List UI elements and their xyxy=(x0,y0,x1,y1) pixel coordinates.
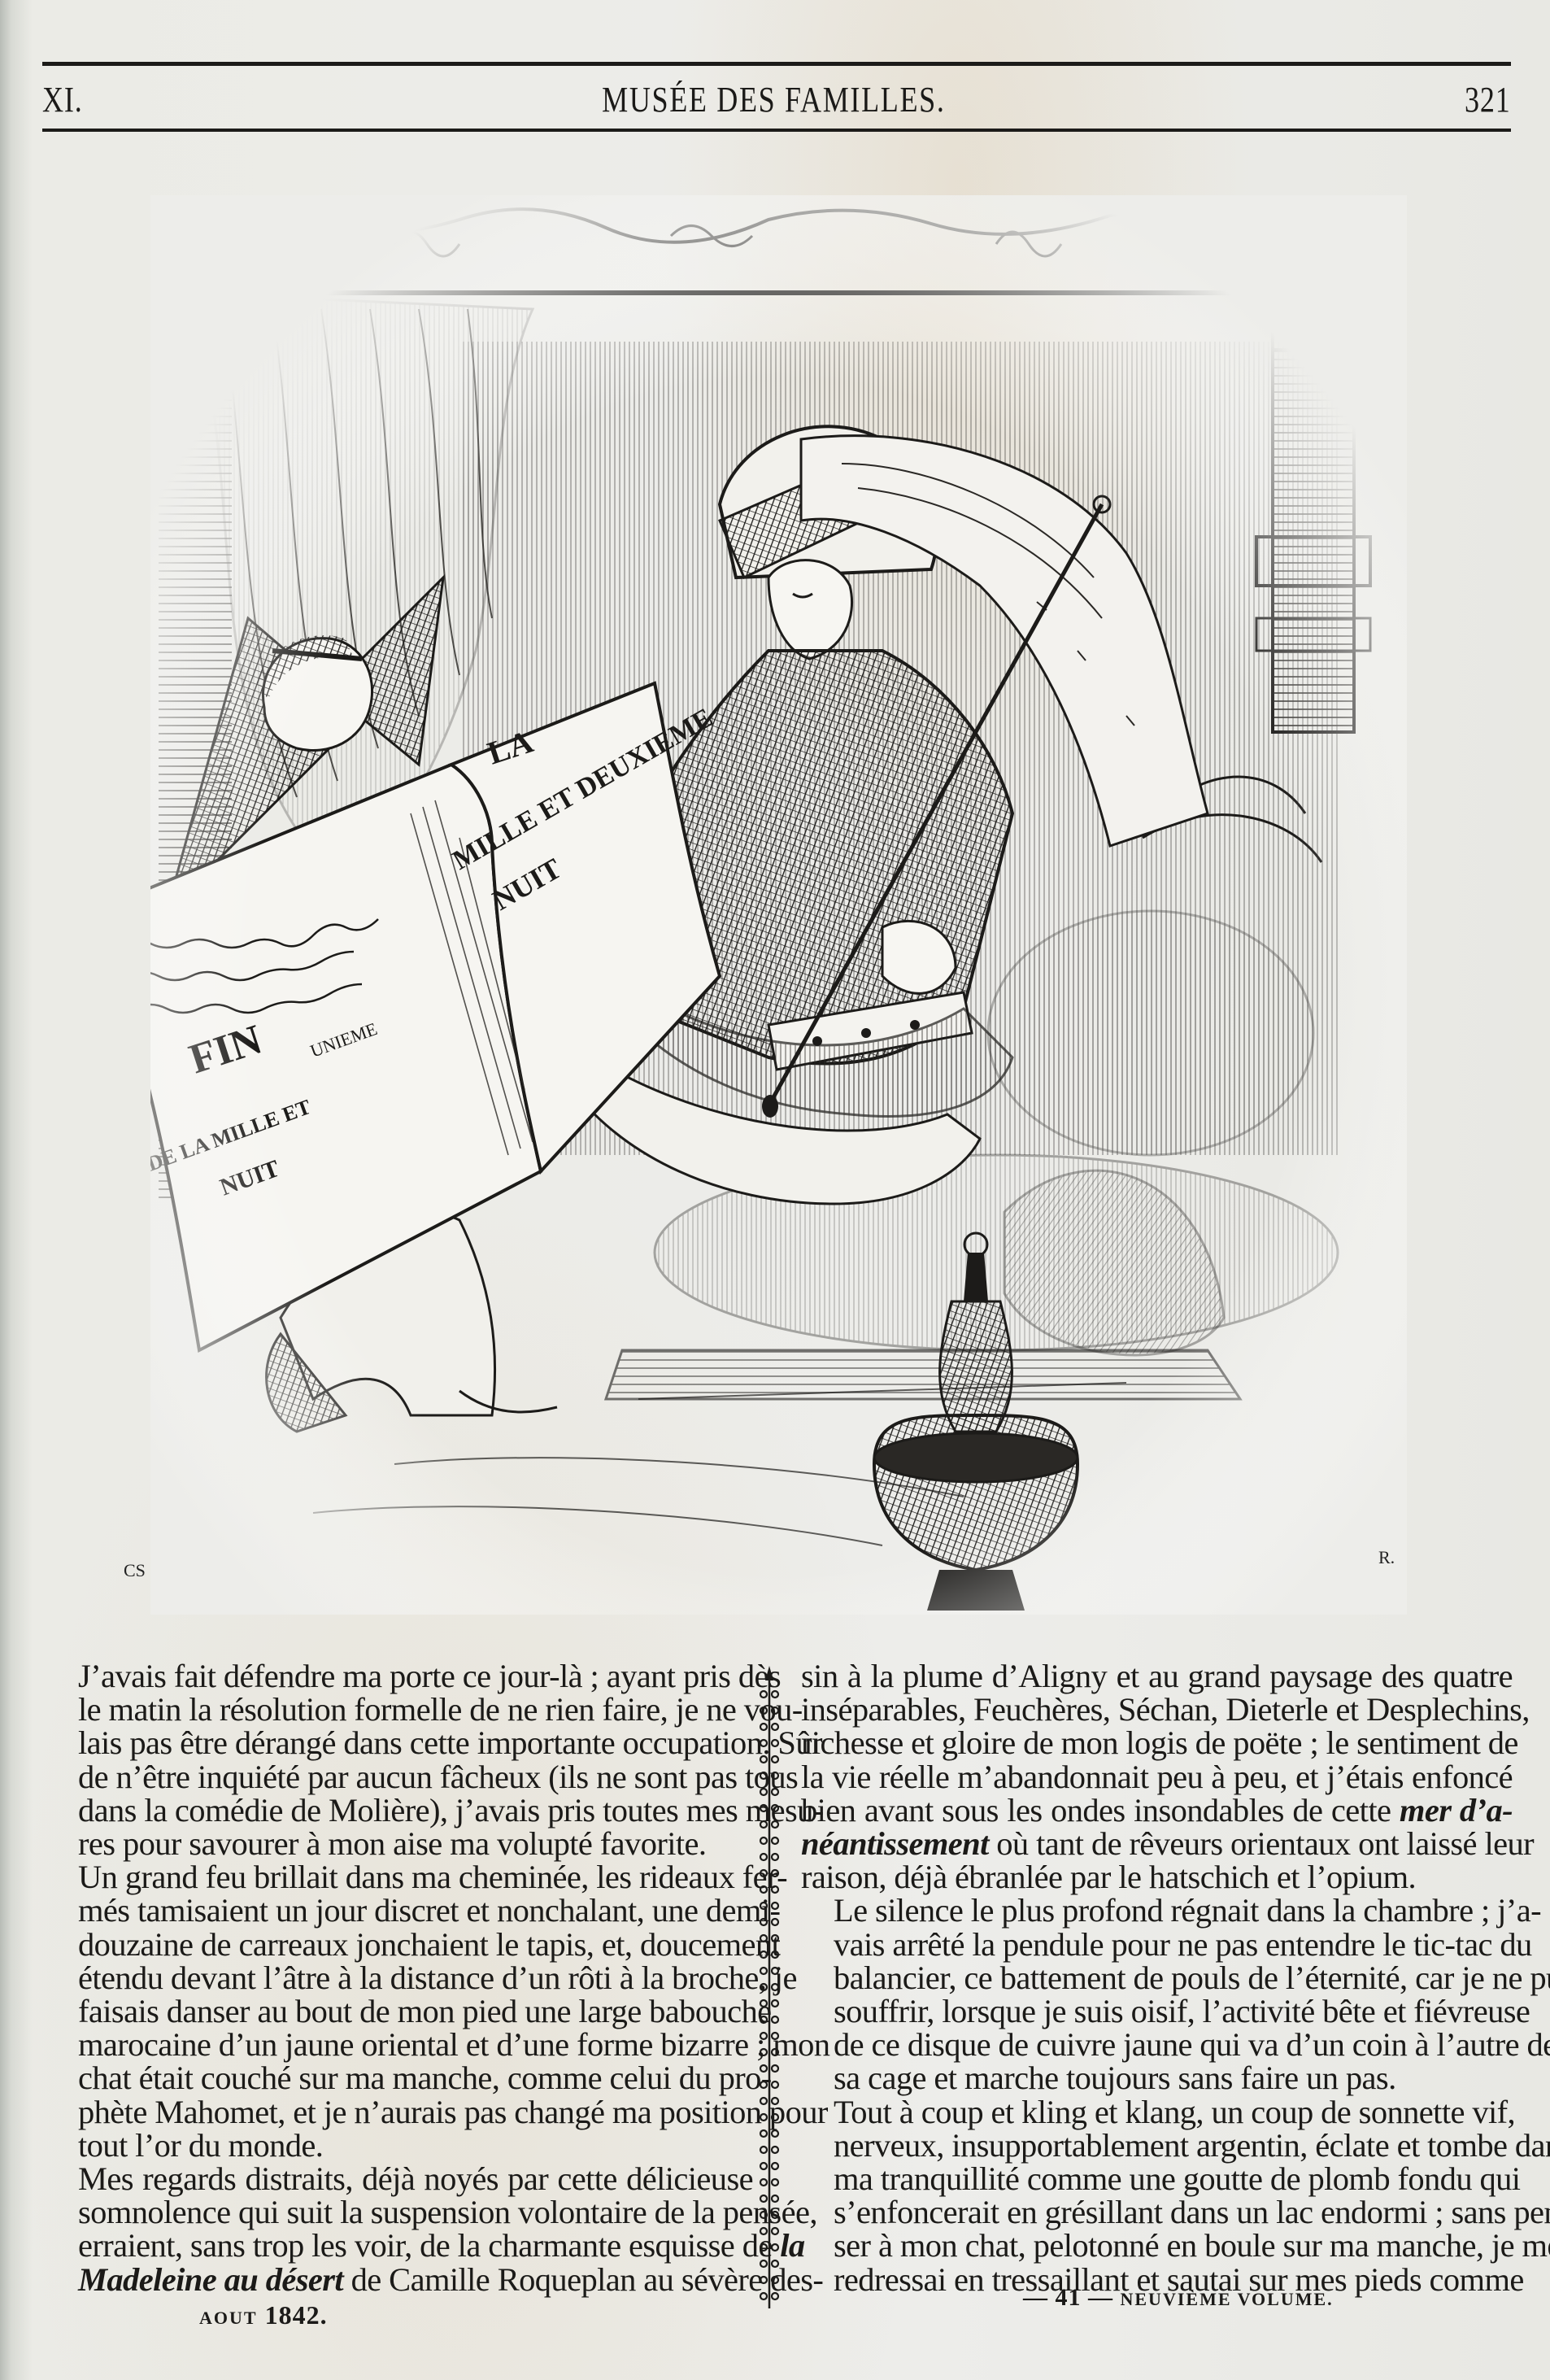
engraver-signature-left: CS xyxy=(124,1560,146,1581)
text-line: J’avais fait défendre ma porte ce jour-l… xyxy=(46,1659,753,1693)
footer-volume: — 41 — NEUVIÈME VOLUME. xyxy=(1023,2284,1334,2312)
text-line: sin à la plume d’Aligny et au grand pays… xyxy=(801,1659,1513,1693)
text-line: Mes regards distraits, déjà noyés par ce… xyxy=(46,2162,753,2195)
text-line: phète Mahomet, et je n’aurais pas changé… xyxy=(46,2095,753,2129)
text-line: bien avant sous les ondes insondables de… xyxy=(801,1794,1513,1827)
footer-year: 1842. xyxy=(265,2300,328,2330)
text-line: res pour savourer à mon aise ma volupté … xyxy=(46,1827,753,1860)
text-line: le matin la résolution formelle de ne ri… xyxy=(46,1693,753,1726)
text-line: néantissement où tant de rêveurs orienta… xyxy=(801,1827,1513,1860)
text-line: faisais danser au bout de mon pied une l… xyxy=(46,1994,753,2028)
text-line: dans la comédie de Molière), j’avais pri… xyxy=(46,1794,753,1827)
footer-volume-label: NEUVIÈME VOLUME. xyxy=(1121,2289,1334,2309)
paragraph: Le silence le plus profond régnait dans … xyxy=(801,1894,1513,2094)
text-line: Un grand feu brillait dans ma cheminée, … xyxy=(46,1860,753,1894)
text-line: s’enfoncerait en grésillant dans un lac … xyxy=(801,2195,1513,2229)
paragraph: J’avais fait défendre ma porte ce jour-l… xyxy=(46,1659,753,1860)
text-line: raison, déjà ébranlée par le hatschich e… xyxy=(801,1860,1513,1894)
header-rule-top xyxy=(42,62,1511,66)
footer-month: AOUT xyxy=(199,2308,258,2328)
footer-sheet-number: — 41 — xyxy=(1023,2284,1113,2311)
running-header: XI. MUSÉE DES FAMILLES. 321 xyxy=(42,78,1511,120)
text-line: nerveux, insupportablement argentin, écl… xyxy=(801,2129,1513,2162)
engraving-svg: FIN DE LA MILLE ET UNIEME NUIT LA MILLE … xyxy=(150,195,1407,1615)
text-line: de n’être inquiété par aucun fâcheux (il… xyxy=(46,1760,753,1794)
text-line: vais arrêté la pendule pour ne pas enten… xyxy=(801,1928,1513,1961)
paragraph: sin à la plume d’Aligny et au grand pays… xyxy=(801,1659,1513,1894)
text-line: marocaine d’un jaune oriental et d’une f… xyxy=(46,2028,753,2061)
text-line: ma tranquillité comme une goutte de plom… xyxy=(801,2162,1513,2195)
header-rule-bottom xyxy=(42,129,1511,132)
text-line: souffrir, lorsque je suis oisif, l’activ… xyxy=(801,1994,1513,2028)
text-line: chat était couché sur ma manche, comme c… xyxy=(46,2061,753,2094)
text-line: erraient, sans trop les voir, de la char… xyxy=(46,2229,753,2262)
paragraph: Un grand feu brillait dans ma cheminée, … xyxy=(46,1860,753,2162)
text-line: sa cage et marche toujours sans faire un… xyxy=(801,2061,1513,2094)
text-line: tout l’or du monde. xyxy=(46,2129,753,2162)
text-column-left: J’avais fait défendre ma porte ce jour-l… xyxy=(46,1659,753,2296)
text-line: Madeleine au désert de Camille Roqueplan… xyxy=(46,2263,753,2296)
text-line: ser à mon chat, pelotonné en boule sur m… xyxy=(801,2229,1513,2262)
text-line: la vie réelle m’abandonnait peu à peu, e… xyxy=(801,1760,1513,1794)
text-line: lais pas être dérangé dans cette importa… xyxy=(46,1726,753,1759)
footer-date: AOUT 1842. xyxy=(199,2300,328,2330)
text-line: Le silence le plus profond régnait dans … xyxy=(801,1894,1513,1927)
engraving-illustration: FIN DE LA MILLE ET UNIEME NUIT LA MILLE … xyxy=(150,195,1407,1615)
text-column-right: sin à la plume d’Aligny et au grand pays… xyxy=(801,1659,1513,2296)
page-number: 321 xyxy=(1465,79,1511,120)
engraver-signature-right: R. xyxy=(1378,1547,1395,1568)
text-line: de ce disque de cuivre jaune qui va d’un… xyxy=(801,2028,1513,2061)
text-line: étendu devant l’âtre à la distance d’un … xyxy=(46,1961,753,1994)
scanned-page: XI. MUSÉE DES FAMILLES. 321 xyxy=(0,0,1550,2380)
text-line: més tamisaient un jour discret et noncha… xyxy=(46,1894,753,1927)
text-line: balancier, ce battement de pouls de l’ét… xyxy=(801,1961,1513,1994)
section-number: XI. xyxy=(42,79,83,120)
text-line: douzaine de carreaux jonchaient le tapis… xyxy=(46,1928,753,1961)
text-line: richesse et gloire de mon logis de poëte… xyxy=(801,1726,1513,1759)
text-line: somnolence qui suit la suspension volont… xyxy=(46,2195,753,2229)
paragraph: Tout à coup et kling et klang, un coup d… xyxy=(801,2095,1513,2296)
publication-title: MUSÉE DES FAMILLES. xyxy=(602,79,945,120)
text-line: Tout à coup et kling et klang, un coup d… xyxy=(801,2095,1513,2129)
column-divider-ornament xyxy=(759,1666,780,2308)
text-line: inséparables, Feuchères, Séchan, Dieterl… xyxy=(801,1693,1513,1726)
paragraph: Mes regards distraits, déjà noyés par ce… xyxy=(46,2162,753,2296)
